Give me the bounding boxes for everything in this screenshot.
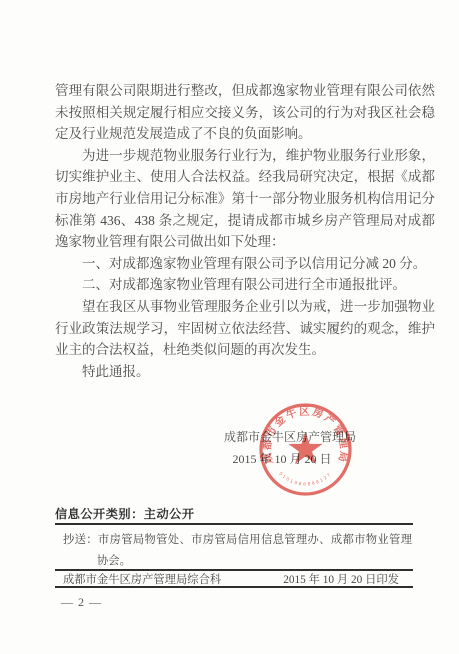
print-issuer: 成都市金牛区房产管理局综合科 [63, 571, 221, 587]
official-seal: 成都市金牛区房产管理局 5101088888127 [256, 400, 355, 499]
page-number: — 2 — [61, 595, 102, 610]
svg-text:5101088888127: 5101088888127 [278, 471, 332, 486]
divider-line [55, 586, 413, 588]
seal-code: 5101088888127 [278, 471, 332, 486]
paragraph: 管理有限公司限期进行整改，但成都逸家物业管理有限公司依然未按照相关规定履行相应交… [55, 80, 435, 145]
divider-line [55, 523, 413, 525]
seal-star-icon [288, 432, 322, 465]
paragraph: 一、对成都逸家物业管理有限公司予以信用记分减 20 分。 [55, 253, 435, 275]
paragraph: 二、对成都逸家物业管理有限公司进行全市通报批评。 [55, 274, 435, 296]
paragraph: 为进一步规范物业服务行业行为，维护物业服务行业形象，切实维护业主、使用人合法权益… [55, 145, 435, 253]
document-body: 管理有限公司限期进行整改，但成都逸家物业管理有限公司依然未按照相关规定履行相应交… [55, 80, 435, 382]
print-info-line: 成都市金牛区房产管理局综合科 2015 年 10 月 20 日印发 [63, 571, 399, 587]
cc-line: 抄送：市房管局物管处、市房管局信用信息管理办、成都市物业管理协会。 [63, 530, 412, 571]
paragraph: 特此通报。 [55, 361, 435, 383]
paragraph: 望在我区从事物业管理服务企业引以为戒，进一步加强物业行业政策法规学习，牢固树立依… [55, 296, 435, 361]
scanned-document-page: 管理有限公司限期进行整改，但成都逸家物业管理有限公司依然未按照相关规定履行相应交… [0, 0, 459, 654]
print-date: 2015 年 10 月 20 日印发 [283, 571, 399, 587]
disclosure-category-line: 信息公开类别：主动公开 [55, 505, 195, 522]
